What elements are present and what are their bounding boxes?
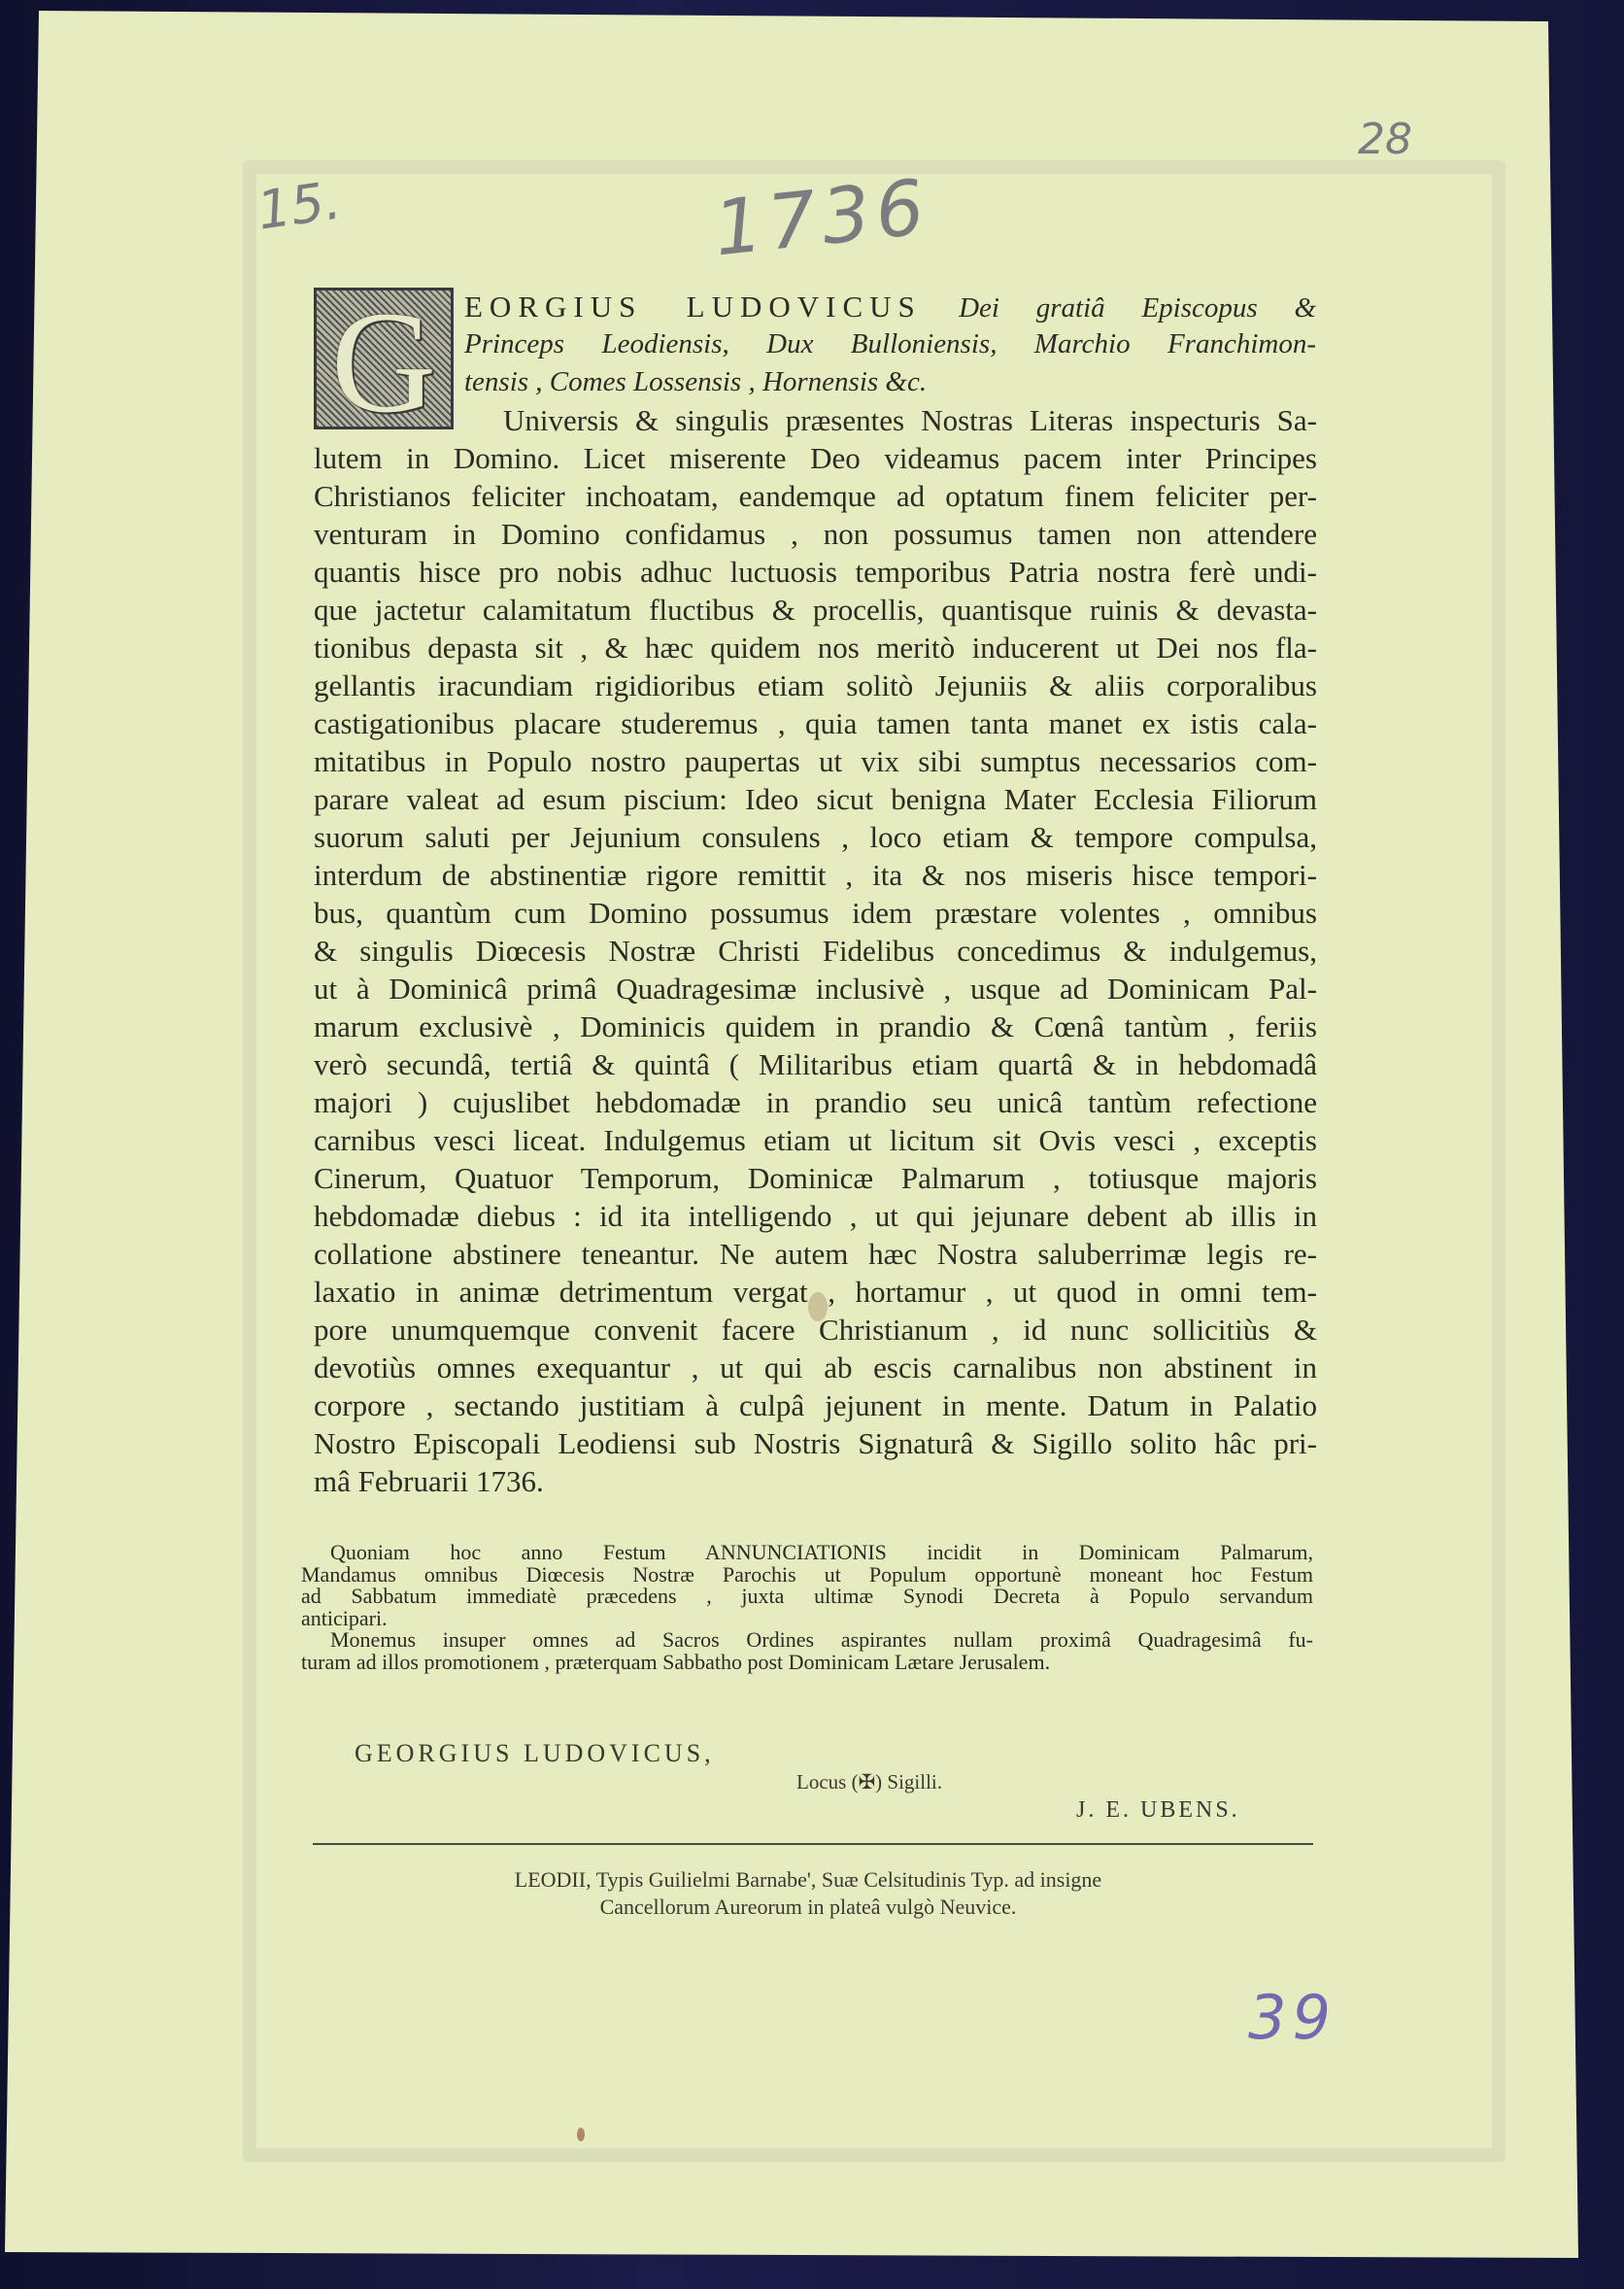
decorated-initial: G: [314, 288, 454, 429]
body-line: Cinerum, Quatuor Temporum, Dominicæ Palm…: [314, 1159, 1317, 1197]
signature-secretary: J. E. UBENS.: [1076, 1797, 1240, 1824]
body-line: venturam in Domino confidamus , non poss…: [314, 515, 1317, 553]
body-line: Christianos feliciter inchoatam, eandemq…: [314, 477, 1317, 515]
heading-line-1: EORGIUS LUDOVICUS Dei gratiâ Episcopus &: [464, 288, 1316, 325]
body-line: ut à Dominicâ primâ Quadragesimæ inclusi…: [314, 970, 1317, 1008]
signature-bishop: GEORGIUS LUDOVICUS,: [355, 1739, 715, 1768]
folio-number-top: 28: [1358, 115, 1412, 164]
paper-stain: [577, 2128, 585, 2141]
body-line: tionibus depasta sit , & hæc quidem nos …: [314, 629, 1317, 666]
imprint-line-2-wrap: Cancellorum Aureorum in plateâ vulgò Neu…: [0, 1895, 1624, 1920]
bishop-name-caps: EORGIUS LUDOVICUS: [464, 290, 922, 324]
body-line: parare valeat ad esum piscium: Ideo sicu…: [314, 780, 1317, 818]
body-line: quantis hisce pro nobis adhuc luctuosis …: [314, 553, 1317, 591]
body-line: mâ Februarii 1736.: [314, 1462, 1317, 1500]
body-line: hebdomadæ diebus : id ita intelligendo ,…: [314, 1197, 1317, 1235]
body-line: gellantis iracundiam rigidioribus etiam …: [314, 666, 1317, 704]
heading-title-italic: Dei gratiâ Episcopus &: [959, 292, 1316, 324]
body-line: & singulis Diœcesis Nostræ Christi Fidel…: [314, 932, 1317, 970]
imprint-line-1-wrap: LEODII, Typis Guilielmi Barnabe', Suæ Ce…: [0, 1867, 1624, 1893]
drop-cap-letter: G: [331, 290, 436, 435]
body-line: interdum de abstinentiæ rigore remittit …: [314, 856, 1317, 894]
body-line: devotiùs omnes exequantur , ut qui ab es…: [314, 1349, 1317, 1386]
notice-line: Mandamus omnibus Diœcesis Nostræ Parochi…: [301, 1563, 1313, 1586]
paper-stain: [808, 1292, 828, 1321]
body-line: corpore , sectando justitiam à culpâ jej…: [314, 1386, 1317, 1424]
heading-line-2: Princeps Leodiensis, Dux Bulloniensis, M…: [464, 325, 1316, 363]
notice-line: turam ad illos promotionem , præterquam …: [301, 1651, 1313, 1673]
body-line: Nostro Episcopali Leodiensi sub Nostris …: [314, 1424, 1317, 1462]
body-line: collatione abstinere teneantur. Ne autem…: [314, 1235, 1317, 1273]
body-line: majori ) cujuslibet hebdomadæ in prandio…: [314, 1083, 1317, 1121]
notice-line: ad Sabbatum immediatè præcedens , juxta …: [301, 1585, 1313, 1607]
body-line: castigationibus placare studeremus , qui…: [314, 704, 1317, 742]
divider-rule: [313, 1843, 1313, 1845]
notice-line: Quoniam hoc anno Festum ANNUNCIATIONIS i…: [330, 1541, 1313, 1563]
margin-number: 15.: [254, 169, 345, 241]
seal-place: Locus (✠) Sigilli.: [796, 1770, 942, 1794]
body-line: lutem in Domino. Licet miserente Deo vid…: [314, 439, 1317, 477]
body-line: marum exclusivè , Dominicis quidem in pr…: [314, 1008, 1317, 1045]
body-line: verò secundâ, tertiâ & quintâ ( Militari…: [314, 1045, 1317, 1083]
body-line: que jactetur calamitatum fluctibus & pro…: [314, 591, 1317, 629]
body-line: Universis & singulis præsentes Nostras L…: [503, 401, 1317, 439]
folio-number-bottom: 39: [1248, 1982, 1336, 2053]
body-line: suorum saluti per Jejunium consulens , l…: [314, 818, 1317, 856]
heading-line-3: tensis , Comes Lossensis , Hornensis &c.: [464, 363, 1316, 401]
notice-line: anticipari.: [301, 1607, 1313, 1629]
body-line: bus, quantùm cum Domino possumus idem pr…: [314, 894, 1317, 932]
notice-line: Monemus insuper omnes ad Sacros Ordines …: [330, 1628, 1313, 1651]
body-line: mitatibus in Populo nostro paupertas ut …: [314, 742, 1317, 780]
imprint-line-1: LEODII, Typis Guilielmi Barnabe', Suæ Ce…: [515, 1867, 1101, 1892]
imprint-line-2: Cancellorum Aureorum in plateâ vulgò Neu…: [600, 1895, 1017, 1919]
body-line: carnibus vesci liceat. Indulgemus etiam …: [314, 1121, 1317, 1159]
